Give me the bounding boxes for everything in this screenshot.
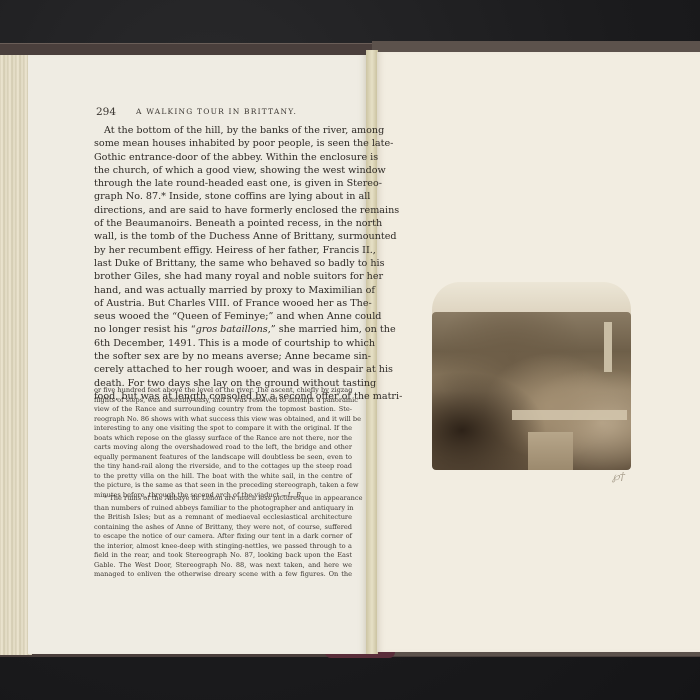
text-line: view of the Rance and surrounding countr… bbox=[94, 405, 352, 415]
text-line: to the pretty villa on the hill. The boa… bbox=[94, 472, 352, 482]
text-line: carts moving along the overshadowed road… bbox=[94, 443, 352, 453]
text-line: flights of steps, was tolerably easy, an… bbox=[94, 396, 352, 406]
text-line: Gable. The West Door, Stereograph No. 88… bbox=[94, 561, 352, 571]
text-line: or five hundred feet above the level of … bbox=[94, 386, 352, 396]
photographer-monogram: ℘† bbox=[612, 470, 625, 483]
photo-tower bbox=[604, 322, 612, 372]
text-line: the tiny hand-rail along the riverside, … bbox=[94, 462, 352, 472]
text-line: containing the ashes of Anne of Brittany… bbox=[94, 523, 352, 533]
text-line: managed to enliven the otherwise dreary … bbox=[94, 570, 352, 580]
text-line: hand, and was actually married by proxy … bbox=[94, 284, 352, 297]
text-line: equally permanent features of the landsc… bbox=[94, 453, 352, 463]
text-line: some mean houses inhabited by poor peopl… bbox=[94, 137, 352, 150]
text-line: by her recumbent effigy. Heiress of her … bbox=[94, 244, 352, 257]
text-line: the softer sex are by no means averse; A… bbox=[94, 350, 352, 363]
text-line: interesting to any one visiting the spot… bbox=[94, 424, 352, 434]
running-head: 294 A WALKING TOUR IN BRITTANY. bbox=[96, 106, 368, 120]
text-line: brother Giles, she had many royal and no… bbox=[94, 270, 352, 283]
text-line: directions, and are said to have formerl… bbox=[94, 204, 352, 217]
page-number: 294 bbox=[96, 106, 116, 118]
text-line: * The ruins of the Abbaye de Léhon are m… bbox=[94, 494, 352, 504]
text-line: to escape the notice of our camera. Afte… bbox=[94, 532, 352, 542]
text-line: last Duke of Brittany, the same who beha… bbox=[94, 257, 352, 270]
text-line: the interior, almost knee-deep with stin… bbox=[94, 542, 352, 552]
text-line: graph No. 87.* Inside, stone coffins are… bbox=[94, 190, 352, 203]
text-line: reograph No. 86 shows with what success … bbox=[94, 415, 352, 425]
text-line: 6th December, 1491. This is a mode of co… bbox=[94, 337, 352, 350]
text-line: boats which repose on the glassy surface… bbox=[94, 434, 352, 444]
photo-sky-arch bbox=[432, 282, 631, 316]
text-line: field in the rear, and took Stereograph … bbox=[94, 551, 352, 561]
text-line: the British Isles; but as a remnant of m… bbox=[94, 513, 352, 523]
photo-bridge bbox=[512, 410, 627, 420]
text-line: through the late round-headed east one, … bbox=[94, 177, 352, 190]
text-line: wall, is the tomb of the Duchess Anne of… bbox=[94, 230, 352, 243]
text-line: cerely attached to her rough wooer, and … bbox=[94, 363, 352, 376]
text-line: the picture, is the same as that seen in… bbox=[94, 481, 352, 491]
text-line: of the Beaumanoirs. Beneath a pointed re… bbox=[94, 217, 352, 230]
text-line: the church, of which a good view, showin… bbox=[94, 164, 352, 177]
footnote-continuation: or five hundred feet above the level of … bbox=[94, 386, 352, 501]
text-line: of Austria. But Charles VIII. of France … bbox=[94, 297, 352, 310]
photograph-rance-valley bbox=[432, 312, 631, 470]
mounted-photograph bbox=[424, 282, 638, 484]
text-line: than numbers of ruined abbeys familiar t… bbox=[94, 504, 352, 514]
footnote-abbaye-de-lehon: * The ruins of the Abbaye de Léhon are m… bbox=[94, 494, 352, 580]
running-head-title: A WALKING TOUR IN BRITTANY. bbox=[136, 107, 297, 116]
text-line: Gothic entrance-door of the abbey. Withi… bbox=[94, 151, 352, 164]
text-line: no longer resist his “gros bataillons,” … bbox=[94, 323, 352, 336]
body-text: At the bottom of the hill, by the banks … bbox=[94, 124, 352, 403]
text-line: seus wooed the “Queen of Feminye;” and w… bbox=[94, 310, 352, 323]
text-line: At the bottom of the hill, by the banks … bbox=[94, 124, 352, 137]
photo-river bbox=[528, 432, 573, 470]
